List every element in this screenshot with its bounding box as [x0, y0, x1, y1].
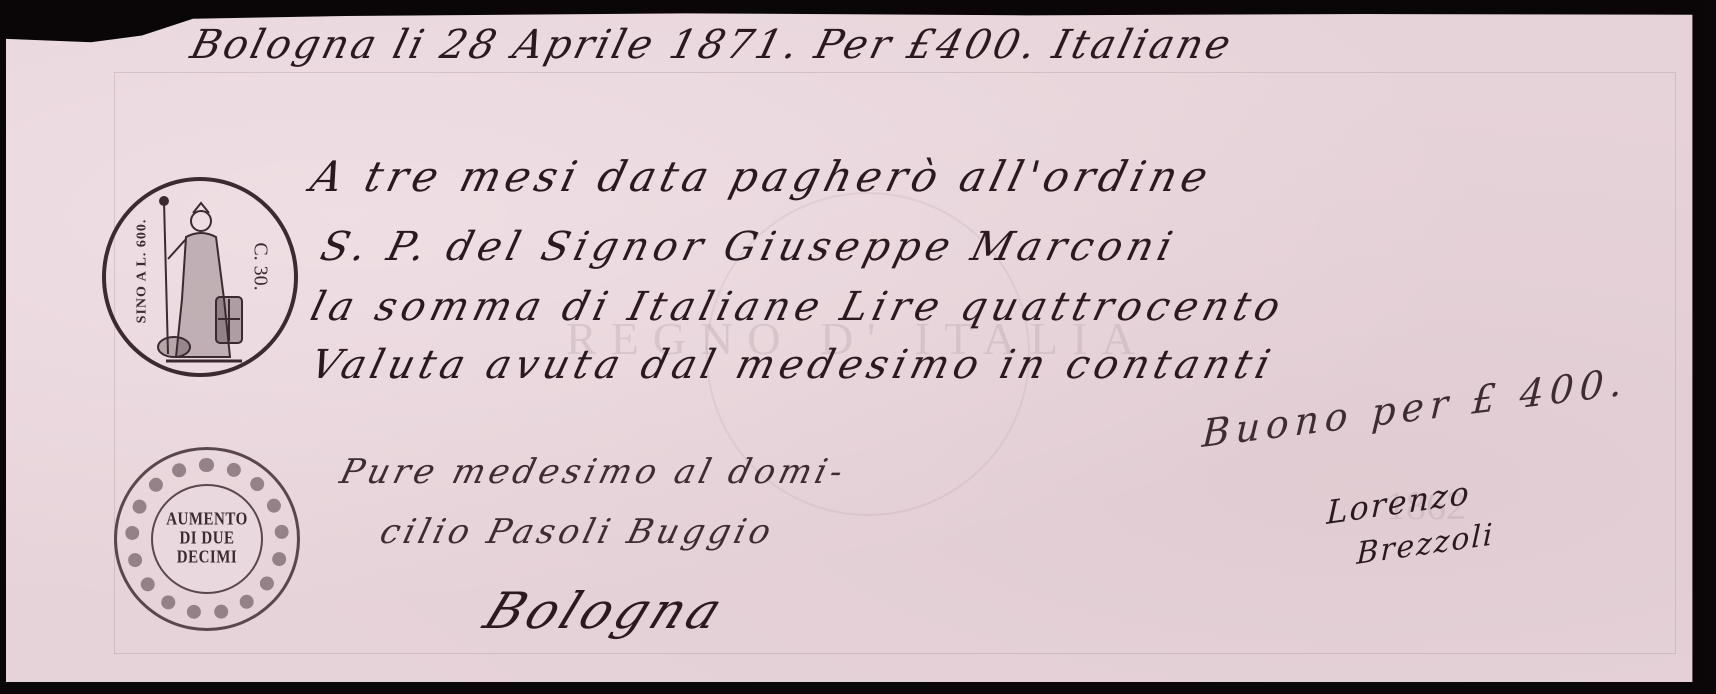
header-amount: 400. — [931, 22, 1044, 68]
surcharge-stamp-center: AUMENTO DI DUE DECIMI — [151, 484, 263, 594]
italia-figure-icon — [146, 189, 256, 369]
body-line-4: Valuta avuta dal medesimo in contanti — [306, 342, 1280, 388]
header-line: Bologna li 28 Aprile 1871. Per £400. Ita… — [186, 22, 1238, 68]
signature-place: Bologna — [476, 582, 734, 640]
scan-edge-bottom — [0, 682, 1716, 694]
paper-sheet: REGNO D' ITALIA 1862 Bologna li 28 April… — [6, 12, 1706, 684]
revenue-stamp-figure: C. 30. SINO A L. 600. — [102, 177, 298, 377]
header-date: 28 Aprile 1871. — [436, 22, 806, 68]
surcharge-line-3: DECIMI — [177, 547, 238, 570]
stamp-limit: SINO A L. 600. — [134, 219, 150, 324]
scan-edge-right — [1702, 0, 1716, 694]
header-amount-prefix: Per — [810, 22, 898, 68]
stamp-value: C. 30. — [248, 242, 271, 290]
header-place: Bologna — [186, 22, 384, 68]
domicile-line-1: Pure medesimo al domi- — [336, 452, 851, 492]
surcharge-stamp: AUMENTO DI DUE DECIMI — [114, 447, 300, 631]
body-line-2: S. P. del Signor Giuseppe Marconi — [316, 224, 1182, 270]
body-line-1: A tre mesi data pagherò all'ordine — [306, 152, 1218, 201]
header-currency: Italiane — [1048, 22, 1238, 68]
body-line-3: la somma di Italiane Lire quattrocento — [306, 284, 1290, 330]
document-scan: REGNO D' ITALIA 1862 Bologna li 28 April… — [0, 0, 1716, 694]
header-date-prefix: li — [388, 22, 431, 68]
domicile-line-2: cilio Pasoli Buggio — [376, 512, 779, 552]
